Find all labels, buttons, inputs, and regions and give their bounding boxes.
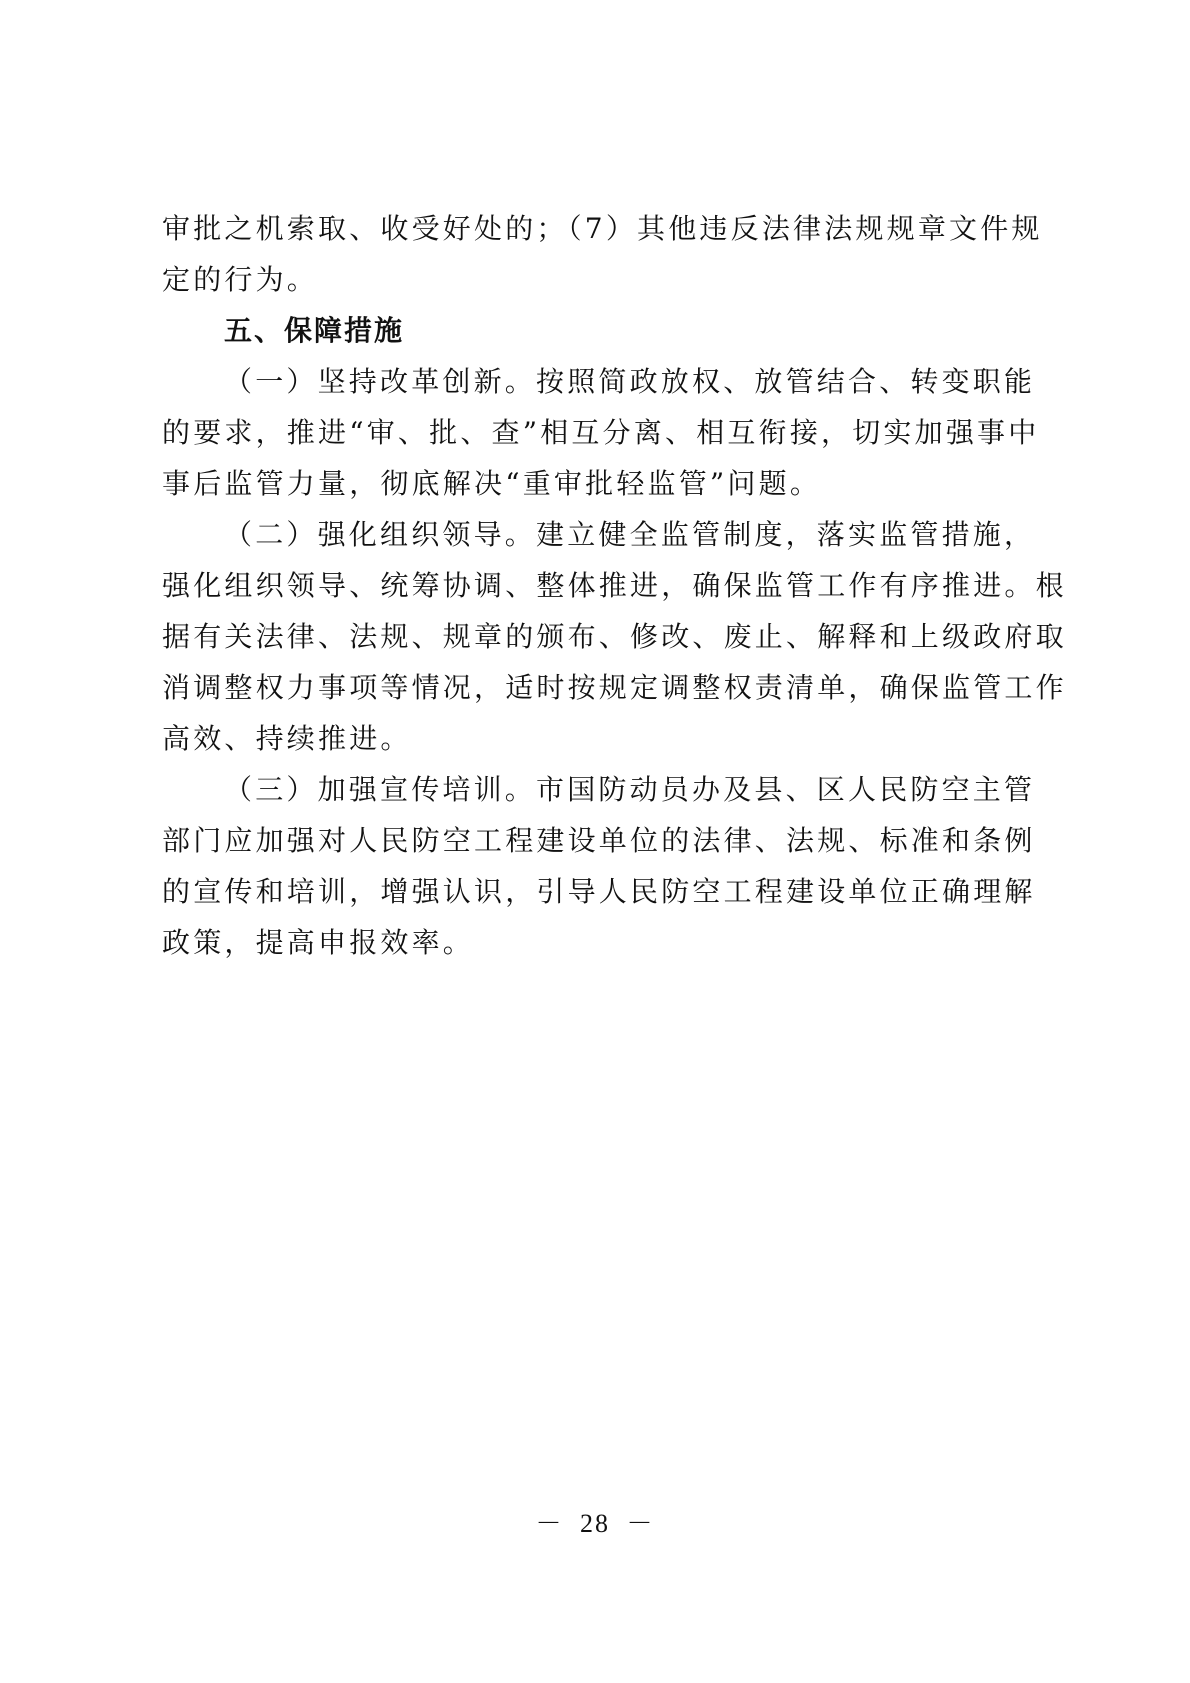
paragraph-line: 部门应加强对人民防空工程建设单位的法律、法规、标准和条例 [162,815,974,866]
paragraph-line: 强化组织领导、统筹协调、整体推进，确保监管工作有序推进。根 [162,560,974,611]
paragraph-line: 事后监管力量，彻底解决“重审批轻监管”问题。 [162,458,974,509]
document-body: 审批之机索取、收受好处的；（7）其他违反法律法规规章文件规 定的行为。 五、保障… [162,203,974,968]
paragraph-line: （二）强化组织领导。建立健全监管制度，落实监管措施， [162,509,974,560]
page-number: － 28 － [0,1503,1190,1540]
paragraph-line: 审批之机索取、收受好处的；（7）其他违反法律法规规章文件规 [162,203,974,254]
document-page: 审批之机索取、收受好处的；（7）其他违反法律法规规章文件规 定的行为。 五、保障… [0,0,1190,1683]
paragraph-line: 的要求，推进“审、批、查”相互分离、相互衔接，切实加强事中 [162,407,974,458]
paragraph-line: （一）坚持改革创新。按照简政放权、放管结合、转变职能 [162,356,974,407]
paragraph-line: 定的行为。 [162,254,974,305]
paragraph-line: 据有关法律、法规、规章的颁布、修改、废止、解释和上级政府取 [162,611,974,662]
paragraph-line: （三）加强宣传培训。市国防动员办及县、区人民防空主管 [162,764,974,815]
paragraph-line: 高效、持续推进。 [162,713,974,764]
paragraph-line: 的宣传和培训，增强认识，引导人民防空工程建设单位正确理解 [162,866,974,917]
section-heading: 五、保障措施 [162,305,974,356]
paragraph-line: 政策，提高申报效率。 [162,917,974,968]
paragraph-line: 消调整权力事项等情况，适时按规定调整权责清单，确保监管工作 [162,662,974,713]
